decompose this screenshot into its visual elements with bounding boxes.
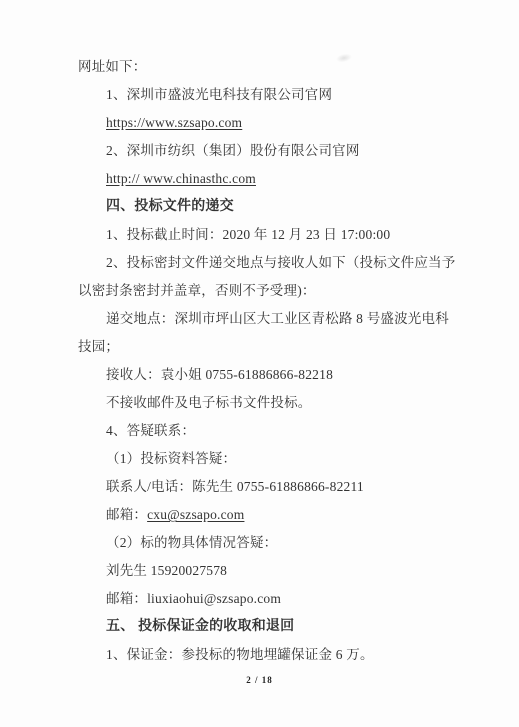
line-delivery-address-2: 技园； [78,333,463,361]
line-deposit-amount: 1、保证金：参投标的物地埋罐保证金 6 万。 [78,641,463,669]
line-submission-rule-1: 2、投标密封文件递交地点与接收人如下（投标文件应当予 [78,249,463,277]
page-number: 2 / 18 [0,675,519,685]
line-qa-1-contact: 联系人/电话：陈先生 0755-61886866-82211 [78,473,463,501]
line-receiver-contact: 接收人：袁小姐 0755-61886866-82218 [78,361,463,389]
line-delivery-address-1: 递交地点：深圳市坪山区大工业区青松路 8 号盛波光电科 [78,305,463,333]
line-company2-website: 2、深圳市纺织（集团）股份有限公司官网 [78,137,463,165]
line-qa-1-email: 邮箱：cxu@szsapo.com [78,501,463,529]
heading-section-4: 四、投标文件的递交 [78,193,463,221]
line-no-email-bids: 不接收邮件及电子标书文件投标。 [78,389,463,417]
chinasthc-url-link[interactable]: http:// www.chinasthc.com [106,171,256,186]
line-bid-deadline: 1、投标截止时间：2020 年 12 月 23 日 17:00:00 [78,221,463,249]
line-website-intro: 网址如下： [78,53,463,81]
qa-1-email-link[interactable]: cxu@szsapo.com [147,507,244,522]
line-chinasthc-url: http:// www.chinasthc.com [78,165,463,193]
line-company1-website: 1、深圳市盛波光电科技有限公司官网 [78,81,463,109]
document-page: 网址如下： 1、深圳市盛波光电科技有限公司官网 https://www.szsa… [0,0,519,727]
line-qa-contact-heading: 4、答疑联系： [78,417,463,445]
email-label: 邮箱： [106,507,147,522]
line-qa-2-title: （2）标的物具体情况答疑： [78,529,463,557]
szsapo-url-link[interactable]: https://www.szsapo.com [106,115,242,130]
line-qa-2-email: 邮箱：liuxiaohui@szsapo.com [78,585,463,613]
heading-section-5: 五、 投标保证金的收取和退回 [78,613,463,641]
line-qa-1-title: （1）投标资料答疑： [78,445,463,473]
line-szsapo-url: https://www.szsapo.com [78,109,463,137]
line-submission-rule-2: 以密封条密封并盖章，否则不予受理)： [78,277,463,305]
document-body: 网址如下： 1、深圳市盛波光电科技有限公司官网 https://www.szsa… [78,53,463,669]
line-qa-2-contact: 刘先生 15920027578 [78,557,463,585]
